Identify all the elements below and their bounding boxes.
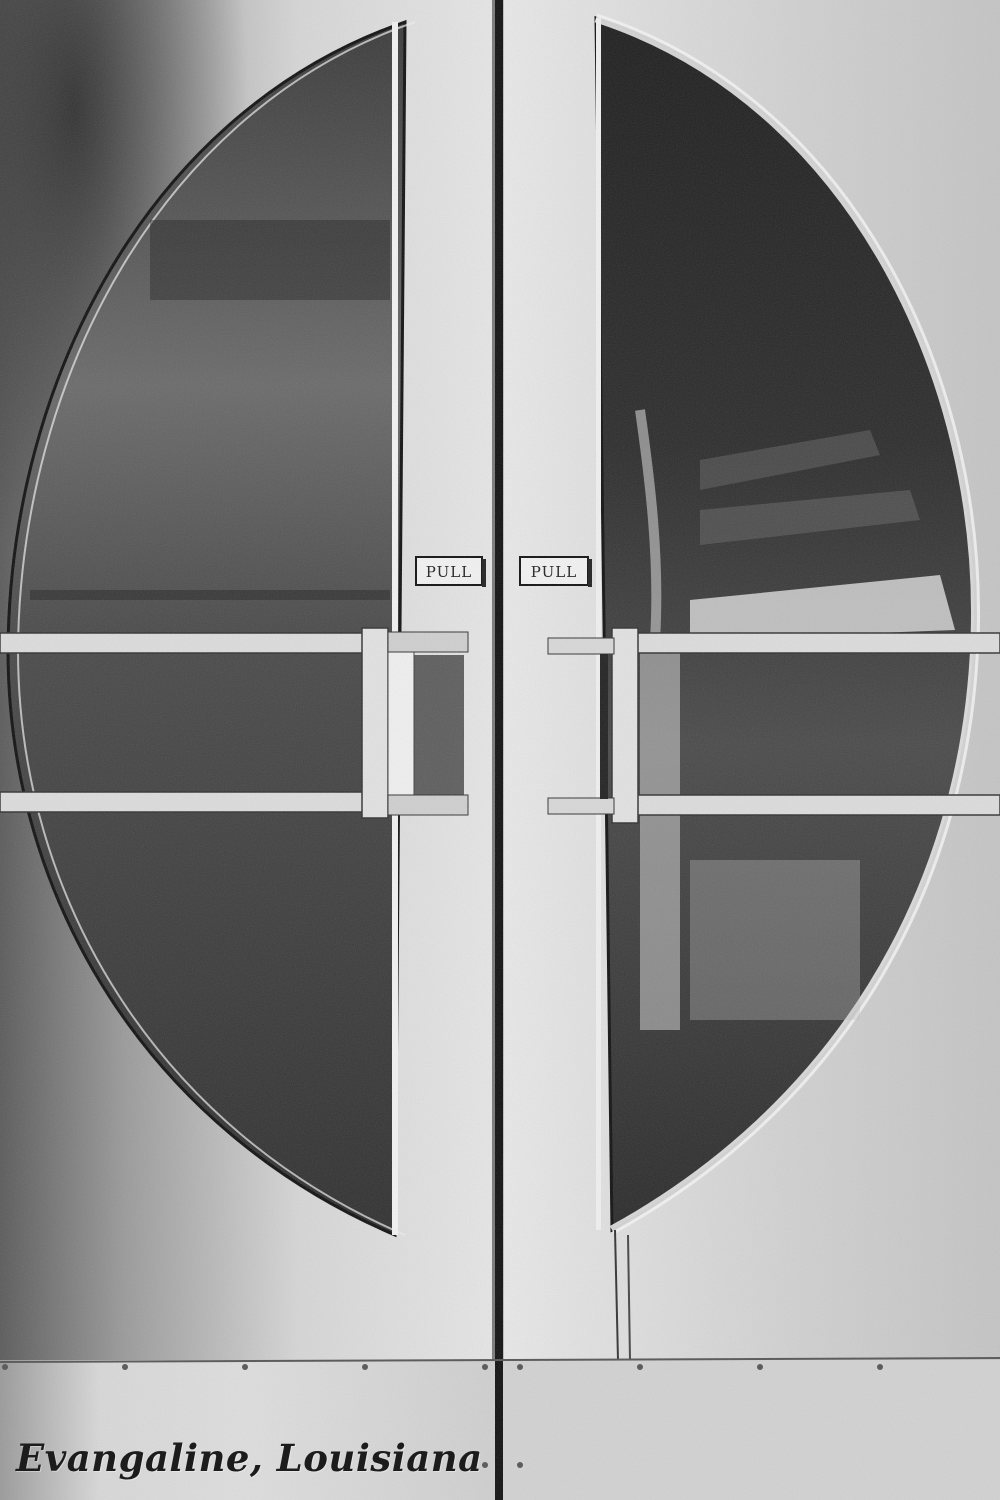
door-photograph: PULL PULL (0, 0, 1000, 1500)
photo-caption: Evangaline, Louisiana (16, 1436, 483, 1480)
